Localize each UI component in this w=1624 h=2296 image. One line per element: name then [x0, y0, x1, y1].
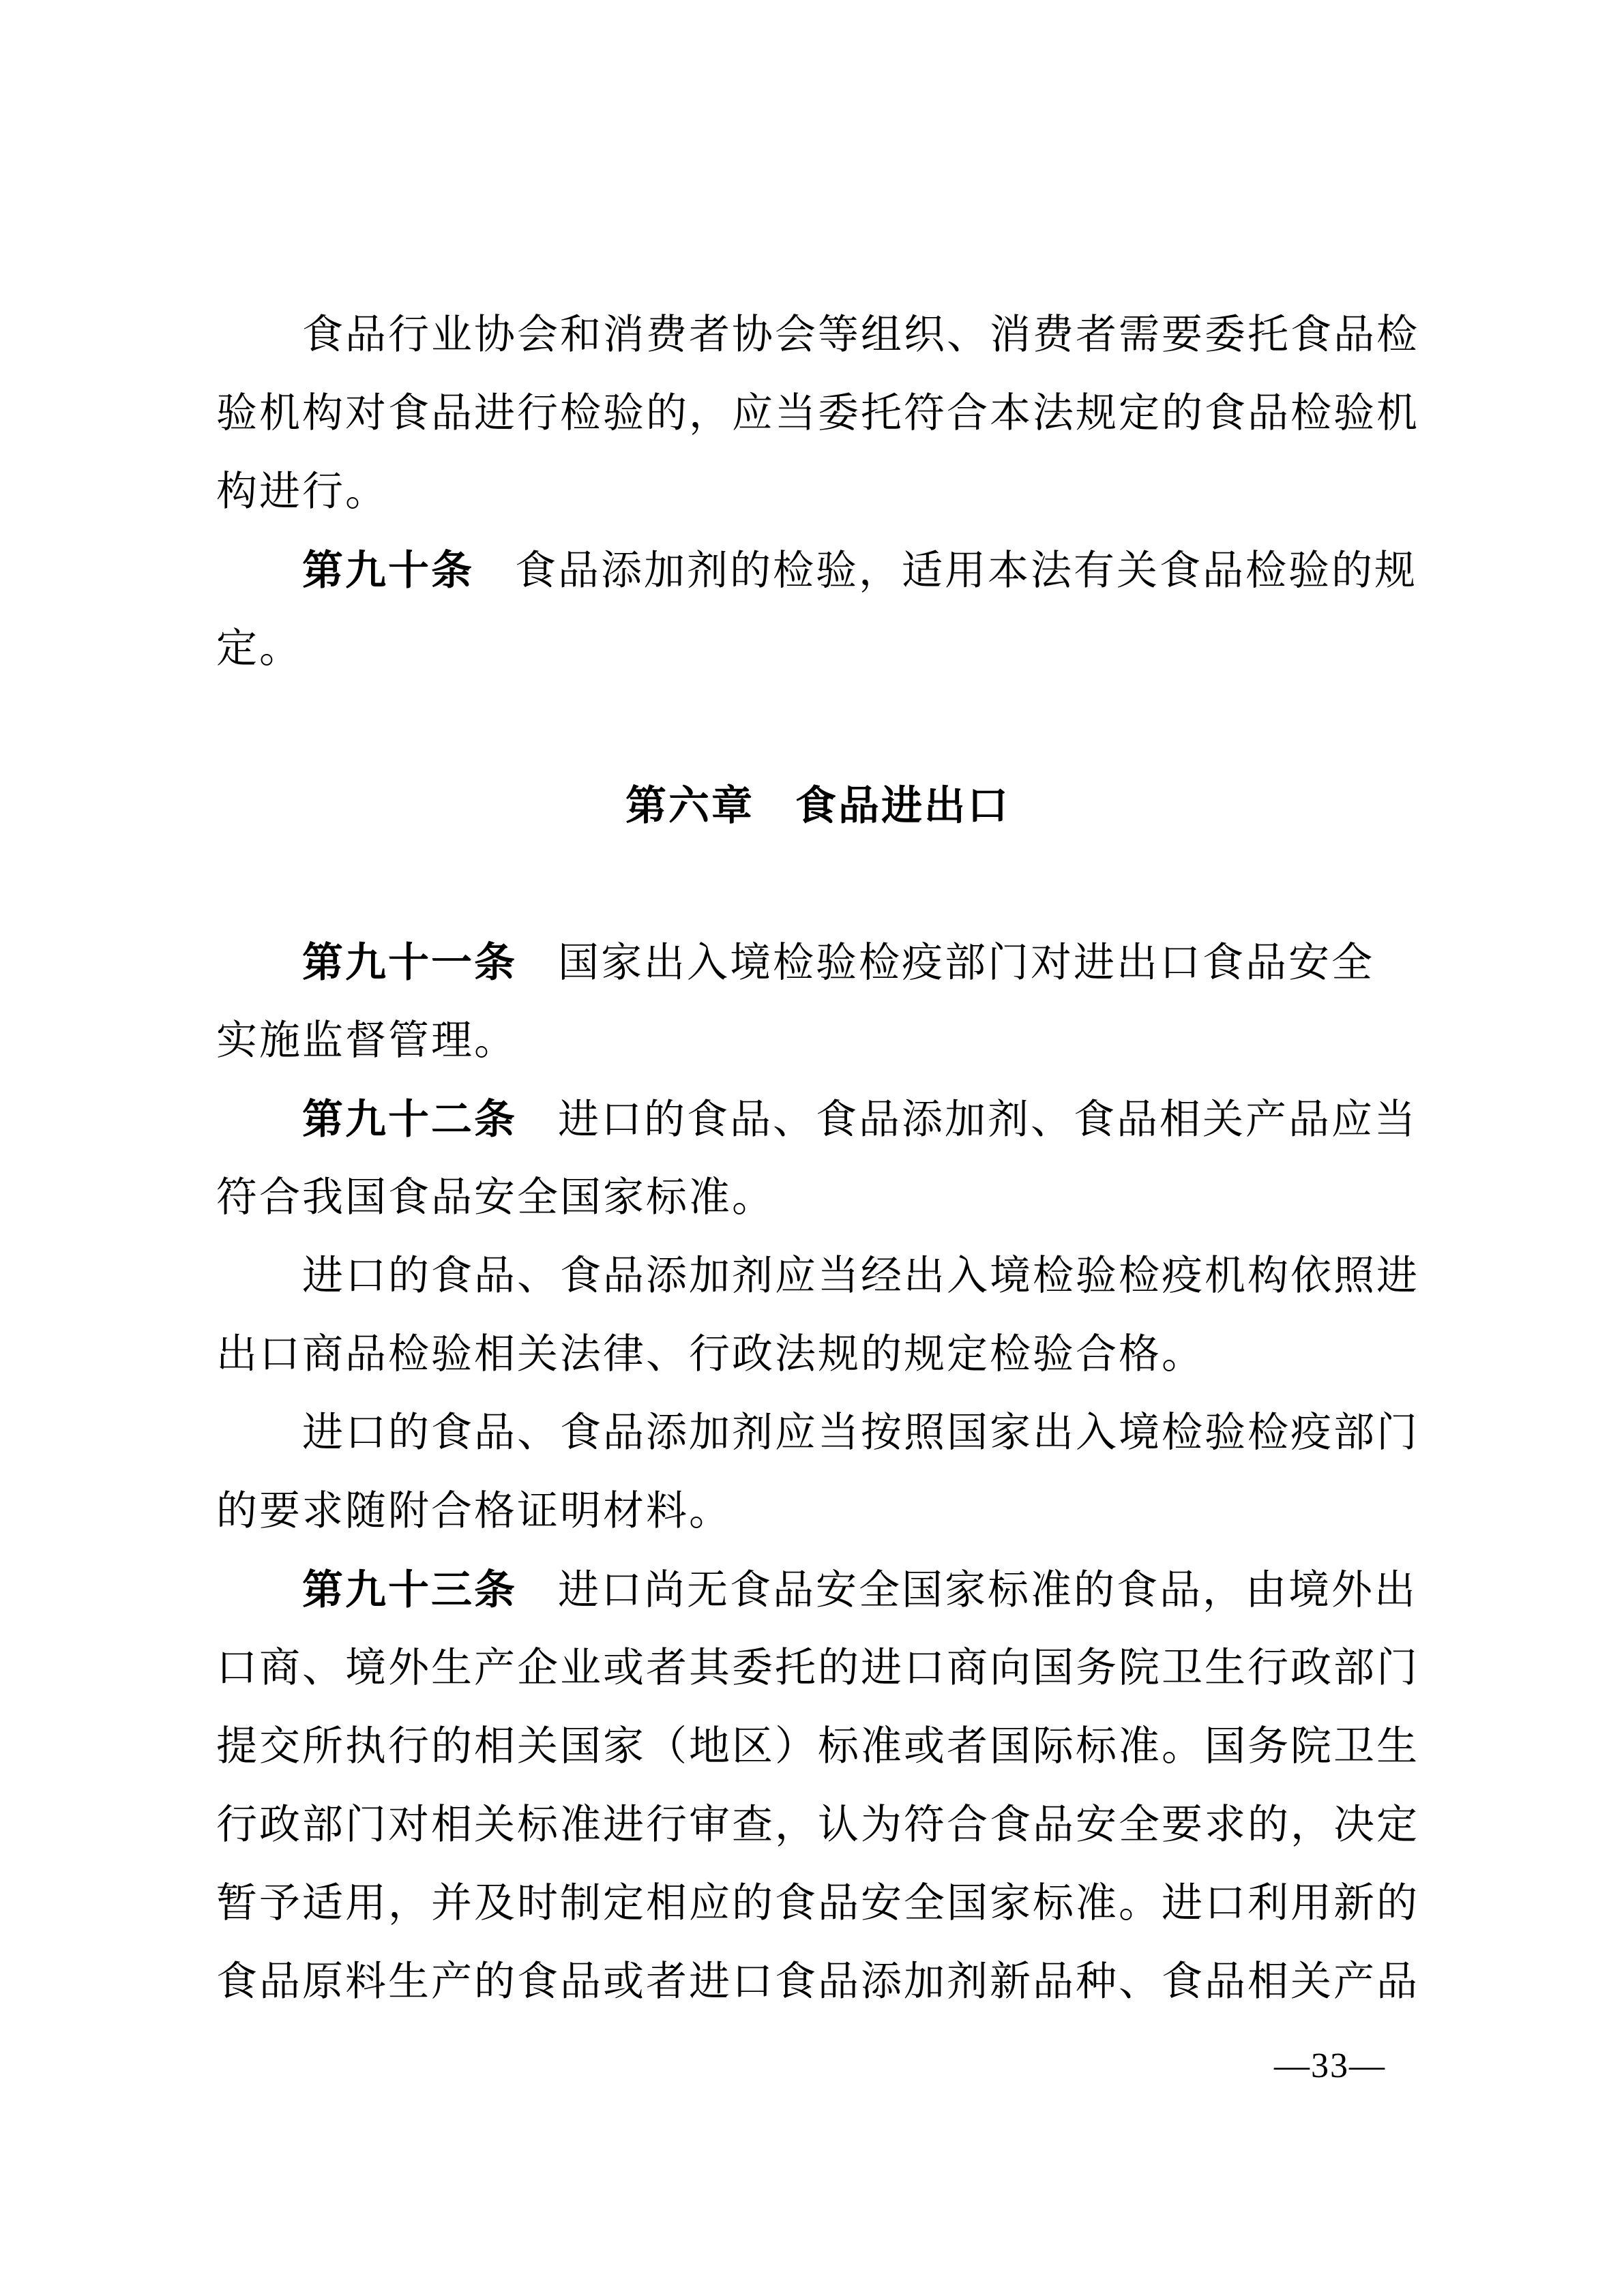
article-92-para-2-line-1: 进口的食品、食品添加剂应当经出入境检验检疫机构依照进 [216, 1237, 1419, 1315]
article-92-para-2-line-2: 出口商品检验相关法律、行政法规的规定检验合格。 [216, 1315, 1419, 1394]
article-92-line-2: 符合我国食品安全国家标准。 [216, 1159, 1419, 1237]
document-text-block: 食品行业协会和消费者协会等组织、消费者需要委托食品检 验机构对食品进行检验的，应… [216, 296, 1419, 2021]
article-93-number: 第九十三条 [302, 1567, 517, 1613]
article-93-line-6: 食品原料生产的食品或者进口食品添加剂新品种、食品相关产品 [216, 1943, 1419, 2021]
article-91-line-1: 第九十一条国家出入境检验检疫部门对进出口食品安全 [216, 923, 1419, 1002]
blank-line [216, 845, 1419, 923]
article-92-text: 进口的食品、食品添加剂、食品相关产品应当 [558, 1097, 1417, 1142]
paragraph-committee-line-1: 食品行业协会和消费者协会等组织、消费者需要委托食品检 [216, 296, 1419, 374]
article-93-line-4: 行政部门对相关标准进行审查，认为符合食品安全要求的，决定 [216, 1786, 1419, 1864]
article-92-line-1: 第九十二条进口的食品、食品添加剂、食品相关产品应当 [216, 1080, 1419, 1159]
article-92-para-3-line-2: 的要求随附合格证明材料。 [216, 1472, 1419, 1551]
article-90-line-2: 定。 [216, 610, 1419, 688]
chapter-6-heading: 第六章食品进出口 [216, 766, 1419, 845]
article-93-line-1: 第九十三条进口尚无食品安全国家标准的食品，由境外出 [216, 1551, 1419, 1629]
article-92-number: 第九十二条 [302, 1097, 517, 1142]
article-91-line-2: 实施监督管理。 [216, 1002, 1419, 1080]
article-93-text: 进口尚无食品安全国家标准的食品，由境外出 [558, 1568, 1417, 1613]
article-91-text: 国家出入境检验检疫部门对进出口食品安全 [558, 940, 1374, 985]
article-90-number: 第九十条 [302, 548, 474, 593]
article-92-para-3-line-1: 进口的食品、食品添加剂应当按照国家出入境检验检疫部门 [216, 1394, 1419, 1472]
chapter-number: 第六章 [625, 783, 754, 829]
article-90-line-1: 第九十条食品添加剂的检验，适用本法有关食品检验的规 [216, 531, 1419, 610]
paragraph-committee-line-2: 验机构对食品进行检验的，应当委托符合本法规定的食品检验机 [216, 374, 1419, 453]
article-91-number: 第九十一条 [302, 940, 517, 985]
chapter-title: 食品进出口 [795, 783, 1010, 829]
article-93-line-2: 口商、境外生产企业或者其委托的进口商向国务院卫生行政部门 [216, 1629, 1419, 1708]
blank-line [216, 688, 1419, 766]
page-number: —33— [1274, 2046, 1386, 2087]
article-90-text: 食品添加剂的检验，适用本法有关食品检验的规 [515, 548, 1417, 593]
article-93-line-5: 暂予适用，并及时制定相应的食品安全国家标准。进口利用新的 [216, 1864, 1419, 1943]
paragraph-committee-line-3: 构进行。 [216, 453, 1419, 531]
document-page: 食品行业协会和消费者协会等组织、消费者需要委托食品检 验机构对食品进行检验的，应… [0, 0, 1624, 2296]
article-93-line-3: 提交所执行的相关国家（地区）标准或者国际标准。国务院卫生 [216, 1708, 1419, 1786]
